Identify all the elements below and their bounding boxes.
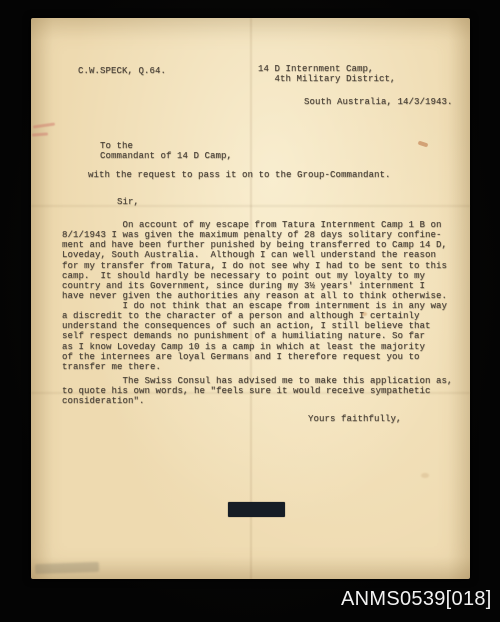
catalogue-number: ANMS0539[018] (341, 588, 492, 611)
recipient-address: To the Commandant of 14 D Camp, (100, 141, 232, 161)
closing-valediction: Yours faithfully, (308, 414, 402, 424)
paragraph-3: The Swiss Consul has advised me to make … (62, 376, 453, 406)
red-pencil-mark-2 (32, 132, 48, 136)
pencil-smudge (35, 562, 99, 574)
fold-crease-horizontal-upper (31, 205, 470, 207)
rust-mark (418, 141, 429, 148)
letter-page: C.W.SPECK, Q.64. 14 D Internment Camp, 4… (31, 18, 470, 579)
camp-address: 14 D Internment Camp, 4th Military Distr… (258, 64, 396, 84)
sender-reference: C.W.SPECK, Q.64. (78, 66, 166, 76)
dateline: South Australia, 14/3/1943. (304, 97, 453, 107)
paragraph-2: I do not think that an escape from inter… (62, 301, 447, 372)
dark-patch (228, 502, 285, 517)
red-pencil-mark-1 (33, 122, 55, 128)
foxing-spot-1 (362, 312, 367, 316)
photograph-background: C.W.SPECK, Q.64. 14 D Internment Camp, 4… (0, 0, 500, 622)
paragraph-1: On account of my escape from Tatura Inte… (62, 220, 447, 301)
salutation: Sir, (117, 197, 139, 207)
foxing-spot-2 (421, 473, 429, 478)
forwarding-note: with the request to pass it on to the Gr… (88, 170, 391, 180)
